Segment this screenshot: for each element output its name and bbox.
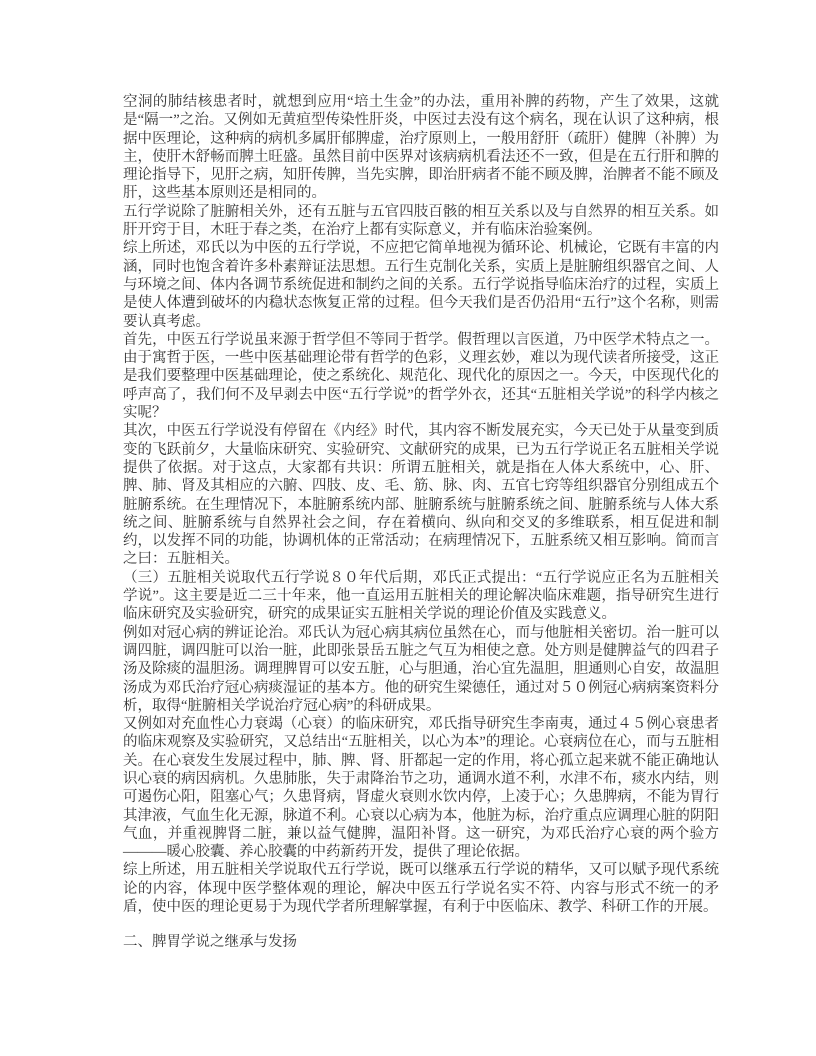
paragraph-4: 首先，中医五行学说虽来源于哲学但不等同于哲学。假哲理以言医道，乃中医学术特点之一…	[123, 331, 719, 422]
paragraph-5: 其次，中医五行学说没有停留在《内经》时代，其内容不断发展充实，今天已处于从量变到…	[123, 422, 719, 568]
paragraph-2: 五行学说除了脏腑相关外，还有五脏与五官四肢百骸的相互关系以及与自然界的相互关系。…	[123, 203, 719, 240]
paragraph-8: 又例如对充血性心力衰竭（心衰）的临床研究，邓氏指导研究生李南夷，通过４５例心衰患…	[123, 715, 719, 861]
paragraph-3: 综上所述，邓氏以为中医的五行学说，不应把它简单地视为循环论、机械论，它既有丰富的…	[123, 239, 719, 330]
paragraph-1: 空洞的肺结核患者时，就想到应用“培土生金”的办法，重用补脾的药物，产生了效果，这…	[123, 93, 719, 203]
document-body: 空洞的肺结核患者时，就想到应用“培土生金”的办法，重用补脾的药物，产生了效果，这…	[123, 93, 719, 952]
paragraph-container: 空洞的肺结核患者时，就想到应用“培土生金”的办法，重用补脾的药物，产生了效果，这…	[123, 93, 719, 916]
section-heading: 二、脾胃学说之继承与发扬	[123, 933, 719, 951]
paragraph-6: （三）五脏相关说取代五行学说８０年代后期，邓氏正式提出：“五行学说应正名为五脏相…	[123, 569, 719, 624]
paragraph-9: 综上所述，用五脏相关学说取代五行学说，既可以继承五行学说的精华，又可以赋予现代系…	[123, 861, 719, 916]
paragraph-7: 例如对冠心病的辨证论治。邓氏认为冠心病其病位虽然在心，而与他脏相关密切。治一脏可…	[123, 624, 719, 715]
document-page: 空洞的肺结核患者时，就想到应用“培土生金”的办法，重用补脾的药物，产生了效果，这…	[0, 0, 816, 1056]
